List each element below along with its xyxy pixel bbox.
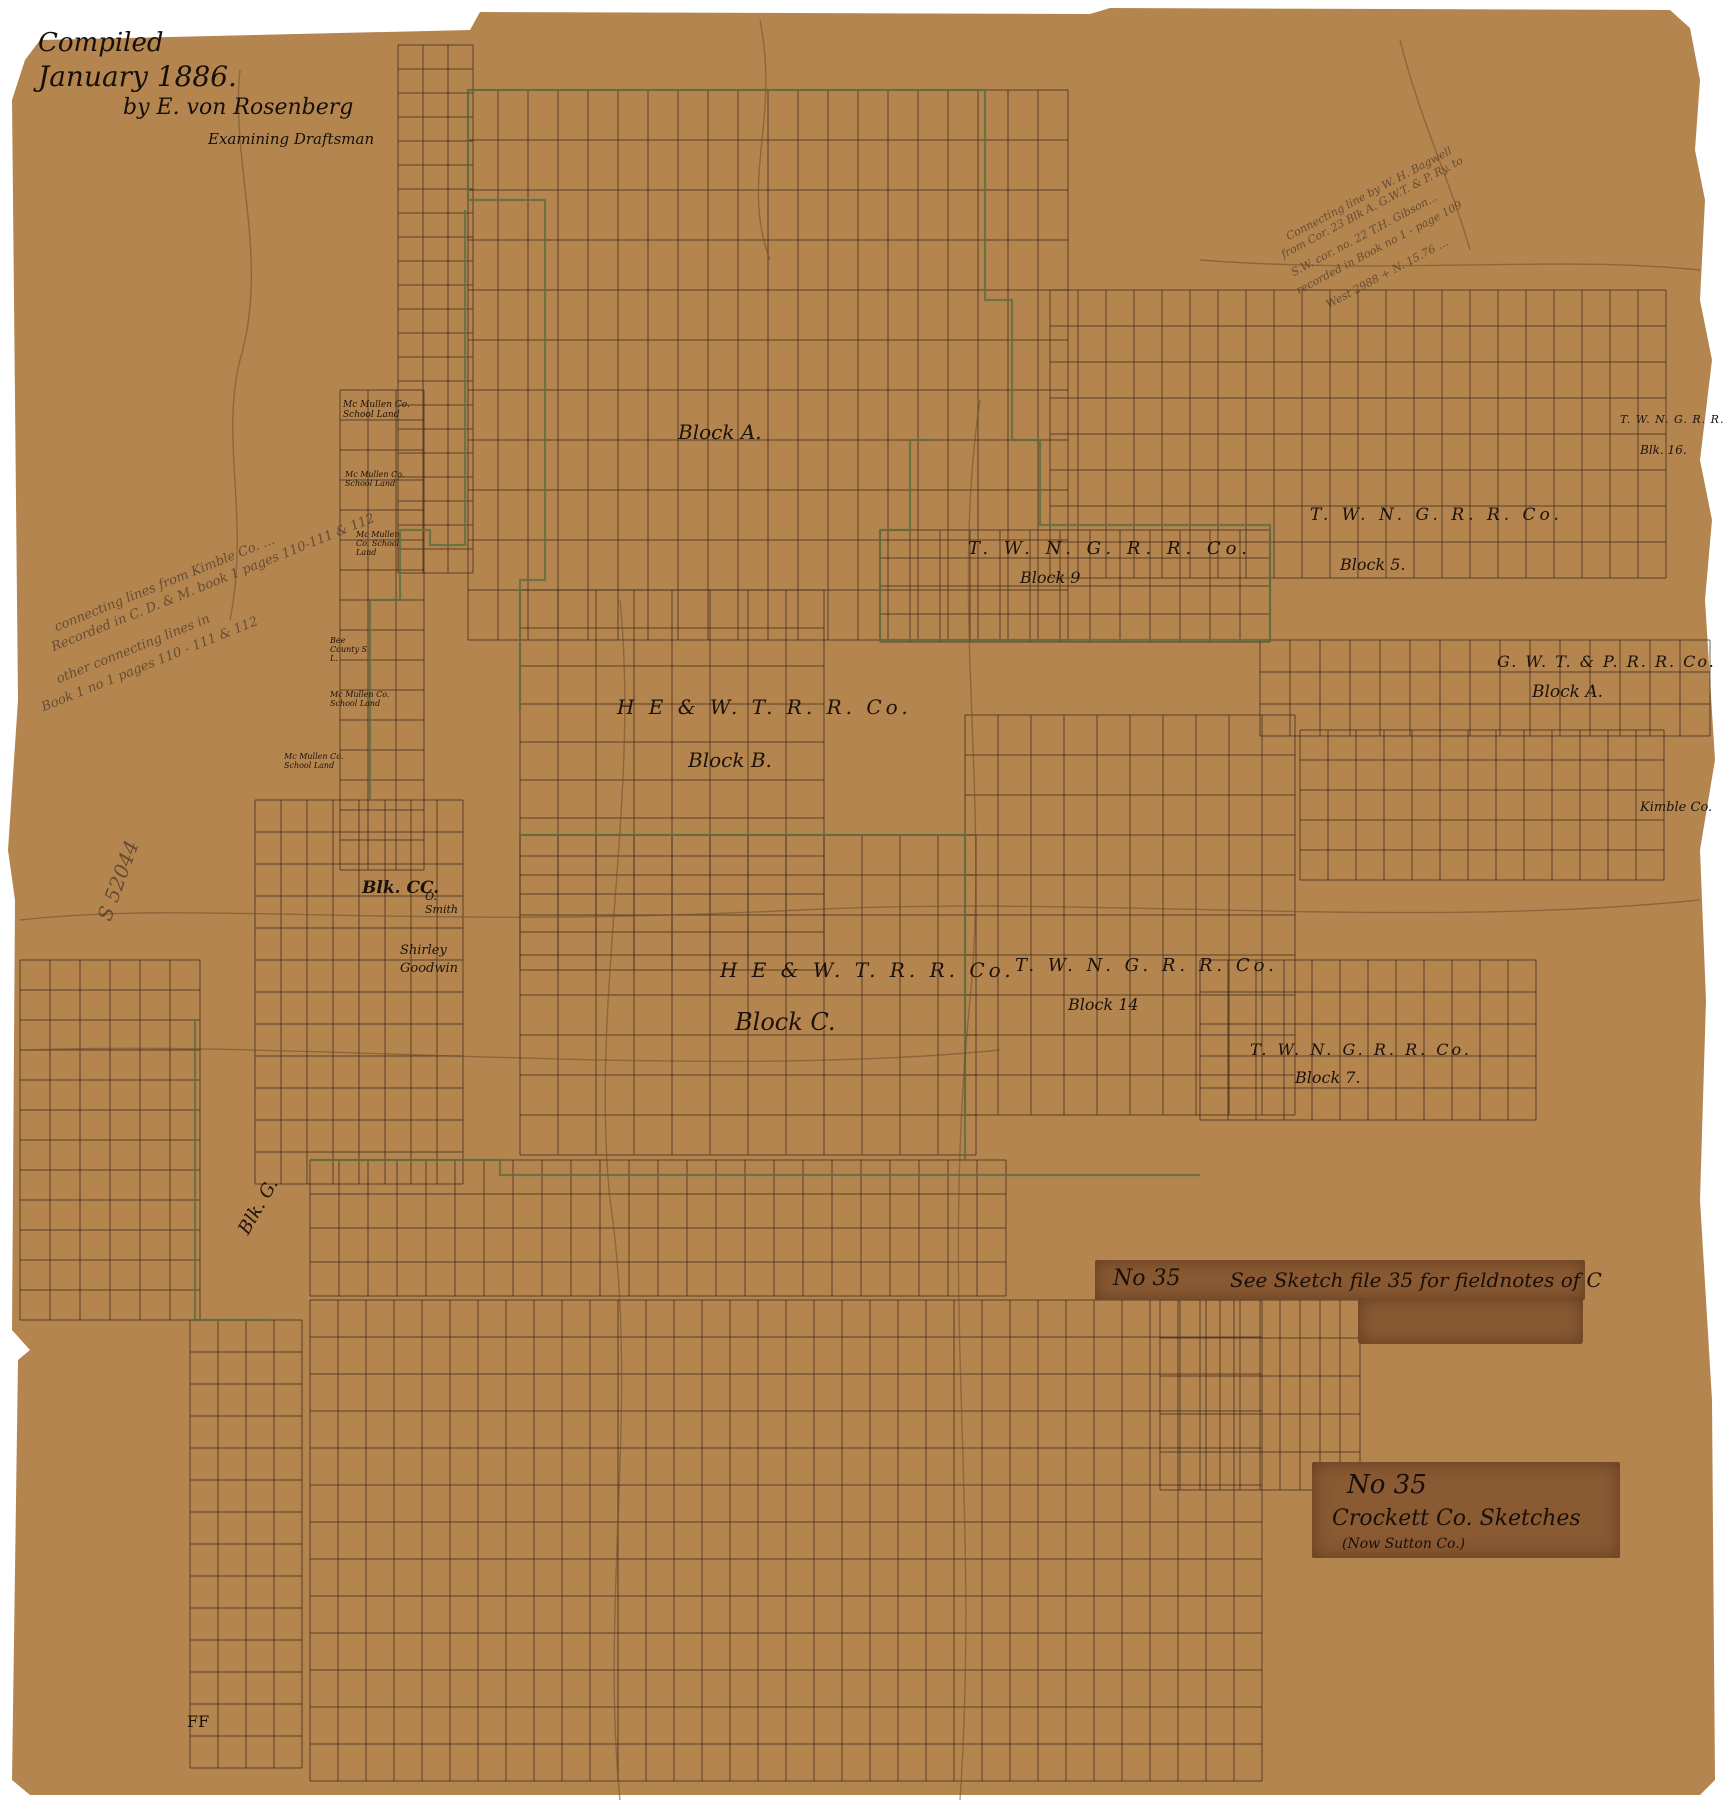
label-bee-county: Bee County S. L. <box>330 636 375 663</box>
label-block-c: Block C. <box>735 1008 836 1036</box>
label-block-9-company: T. W. N. G. R. R. Co. <box>968 538 1252 559</box>
label-mcmullen-3: Mc Mullen Co. School Land <box>356 530 411 557</box>
tag-crockett-title: Crockett Co. Sketches <box>1332 1506 1581 1531</box>
label-block-b-company: H E & W. T. R. R. Co. <box>617 695 912 719</box>
tag-fieldnotes-number: No 35 <box>1113 1266 1180 1291</box>
label-block-14-company: T. W. N. G. R. R. Co. <box>1015 955 1278 976</box>
label-block-7: Block 7. <box>1295 1068 1361 1087</box>
paper-tag-fieldnotes-lower <box>1358 1298 1583 1344</box>
label-mcmullen-4: Mc Mullen Co. School Land <box>330 690 390 708</box>
label-block-5: Block 5. <box>1340 555 1406 574</box>
label-block-7-company: T. W. N. G. R. R. Co. <box>1250 1040 1472 1059</box>
label-block-9: Block 9 <box>1020 568 1080 587</box>
label-block-a: Block A. <box>678 420 762 444</box>
paper-tag-crockett: No 35 Crockett Co. Sketches (Now Sutton … <box>1312 1462 1620 1558</box>
tag-fieldnotes-text: See Sketch file 35 for fieldnotes of C <box>1230 1268 1602 1292</box>
tag-crockett-subtitle: (Now Sutton Co.) <box>1342 1536 1465 1552</box>
tag-crockett-number: No 35 <box>1347 1470 1427 1500</box>
title-date: January 1886. <box>38 60 374 93</box>
label-block-c-company: H E & W. T. R. R. Co. <box>720 958 1015 982</box>
label-gwt-block-a: Block A. <box>1532 682 1603 702</box>
label-mcmullen-1: Mc Mullen Co. School Land <box>343 400 413 420</box>
title-author: by E. von Rosenberg <box>123 95 374 120</box>
title-block: Compiled January 1886. by E. von Rosenbe… <box>38 28 374 148</box>
label-o-smith: O. Smith <box>425 890 470 916</box>
label-mcmullen-2: Mc Mullen Co. School Land <box>345 470 405 488</box>
label-kimble-co: Kimble Co. <box>1640 800 1712 815</box>
label-mcmullen-5: Mc Mullen Co. School Land <box>284 752 344 770</box>
title-compiled: Compiled <box>38 28 374 58</box>
title-role: Examining Draftsman <box>208 130 374 148</box>
paper-tag-fieldnotes: No 35 See Sketch file 35 for fieldnotes … <box>1095 1260 1585 1300</box>
label-gwt-company: G. W. T. & P. R. R. Co. <box>1497 652 1716 671</box>
label-block-5-company: T. W. N. G. R. R. Co. <box>1310 505 1563 525</box>
label-blk-16-company: T. W. N. G. R. R. Co. <box>1620 413 1725 426</box>
label-block-14: Block 14 <box>1068 995 1139 1014</box>
label-initials: FF <box>187 1712 209 1731</box>
label-block-b: Block B. <box>688 748 772 772</box>
label-blk-16: Blk. 16. <box>1640 443 1687 457</box>
label-shirley-goodwin: Shirley Goodwin <box>400 942 460 978</box>
